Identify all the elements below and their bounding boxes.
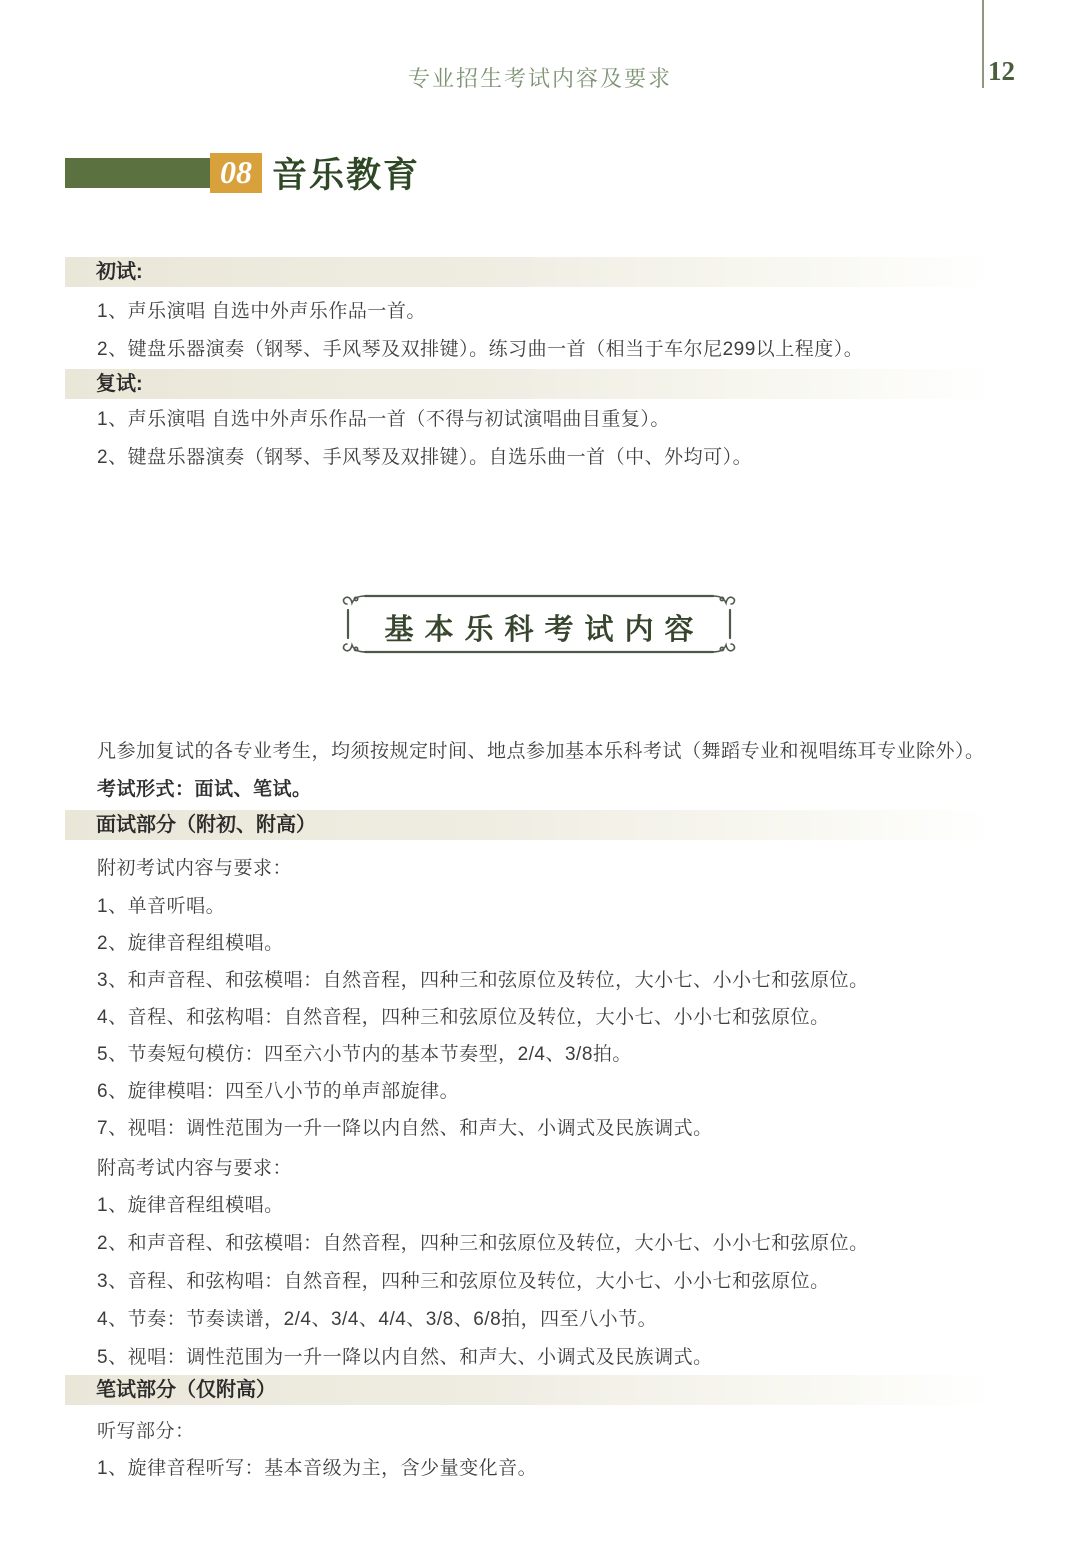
list-item: 3、音程、和弦构唱：自然音程，四种三和弦原位及转位，大小七、小小七和弦原位。 bbox=[97, 1268, 1027, 1296]
written-heading-bar: 笔试部分（仅附高） bbox=[65, 1375, 991, 1405]
list-item: 1、单音听唱。 bbox=[97, 893, 1027, 921]
document-page: 专业招生考试内容及要求 12 08 音乐教育 初试: 1、声乐演唱 自选中外声乐… bbox=[0, 0, 1080, 1552]
fugao-heading: 附高考试内容与要求： bbox=[97, 1155, 1027, 1183]
list-item: 7、视唱：调性范围为一升一降以内自然、和声大、小调式及民族调式。 bbox=[97, 1115, 1027, 1143]
list-item: 5、节奏短句模仿：四至六小节内的基本节奏型，2/4、3/8拍。 bbox=[97, 1041, 1027, 1069]
interview-heading-bar: 面试部分（附初、附高） bbox=[65, 810, 991, 840]
list-item: 2、旋律音程组模唱。 bbox=[97, 930, 1027, 958]
banner-green-bar bbox=[65, 158, 210, 188]
list-item: 4、节奏：节奏读谱，2/4、3/4、4/4、3/8、6/8拍，四至八小节。 bbox=[97, 1306, 1027, 1334]
second-round-heading-bar: 复试: bbox=[65, 369, 991, 399]
list-item: 1、声乐演唱 自选中外声乐作品一首（不得与初试演唱曲目重复）。 bbox=[97, 406, 1027, 434]
framed-title: 基本乐科考试内容 bbox=[335, 607, 743, 648]
section-banner: 08 音乐教育 bbox=[65, 152, 420, 194]
list-item: 2、和声音程、和弦模唱：自然音程，四种三和弦原位及转位，大小七、小小七和弦原位。 bbox=[97, 1230, 1027, 1258]
section-title: 音乐教育 bbox=[272, 148, 420, 198]
list-item: 2、键盘乐器演奏（钢琴、手风琴及双排键）。自选乐曲一首（中、外均可）。 bbox=[97, 444, 1027, 472]
list-item: 5、视唱：调性范围为一升一降以内自然、和声大、小调式及民族调式。 bbox=[97, 1344, 1027, 1372]
list-item: 4、音程、和弦构唱：自然音程，四种三和弦原位及转位，大小七、小小七和弦原位。 bbox=[97, 1004, 1027, 1032]
list-item: 1、旋律音程组模唱。 bbox=[97, 1192, 1027, 1220]
list-item: 3、和声音程、和弦模唱：自然音程，四种三和弦原位及转位，大小七、小小七和弦原位。 bbox=[97, 967, 1027, 995]
list-item: 1、旋律音程听写：基本音级为主，含少量变化音。 bbox=[97, 1455, 1027, 1483]
first-round-heading-bar: 初试: bbox=[65, 257, 991, 287]
list-item: 6、旋律模唱：四至八小节的单声部旋律。 bbox=[97, 1078, 1027, 1106]
list-item: 2、键盘乐器演奏（钢琴、手风琴及双排键）。练习曲一首（相当于车尔尼299以上程度… bbox=[97, 336, 1027, 364]
exam-format-line: 考试形式：面试、笔试。 bbox=[97, 776, 1027, 804]
list-item: 1、声乐演唱 自选中外声乐作品一首。 bbox=[97, 298, 1027, 326]
page-header-title: 专业招生考试内容及要求 bbox=[0, 62, 1080, 93]
fuchu-heading: 附初考试内容与要求： bbox=[97, 855, 1027, 883]
page-number: 12 bbox=[988, 56, 1015, 87]
dictation-heading: 听写部分： bbox=[97, 1418, 1027, 1446]
page-number-divider bbox=[982, 0, 984, 88]
section-number-badge: 08 bbox=[210, 153, 262, 193]
intro-paragraph: 凡参加复试的各专业考生，均须按规定时间、地点参加基本乐科考试（舞蹈专业和视唱练耳… bbox=[97, 738, 1027, 766]
framed-title-box: 基本乐科考试内容 bbox=[335, 590, 743, 658]
